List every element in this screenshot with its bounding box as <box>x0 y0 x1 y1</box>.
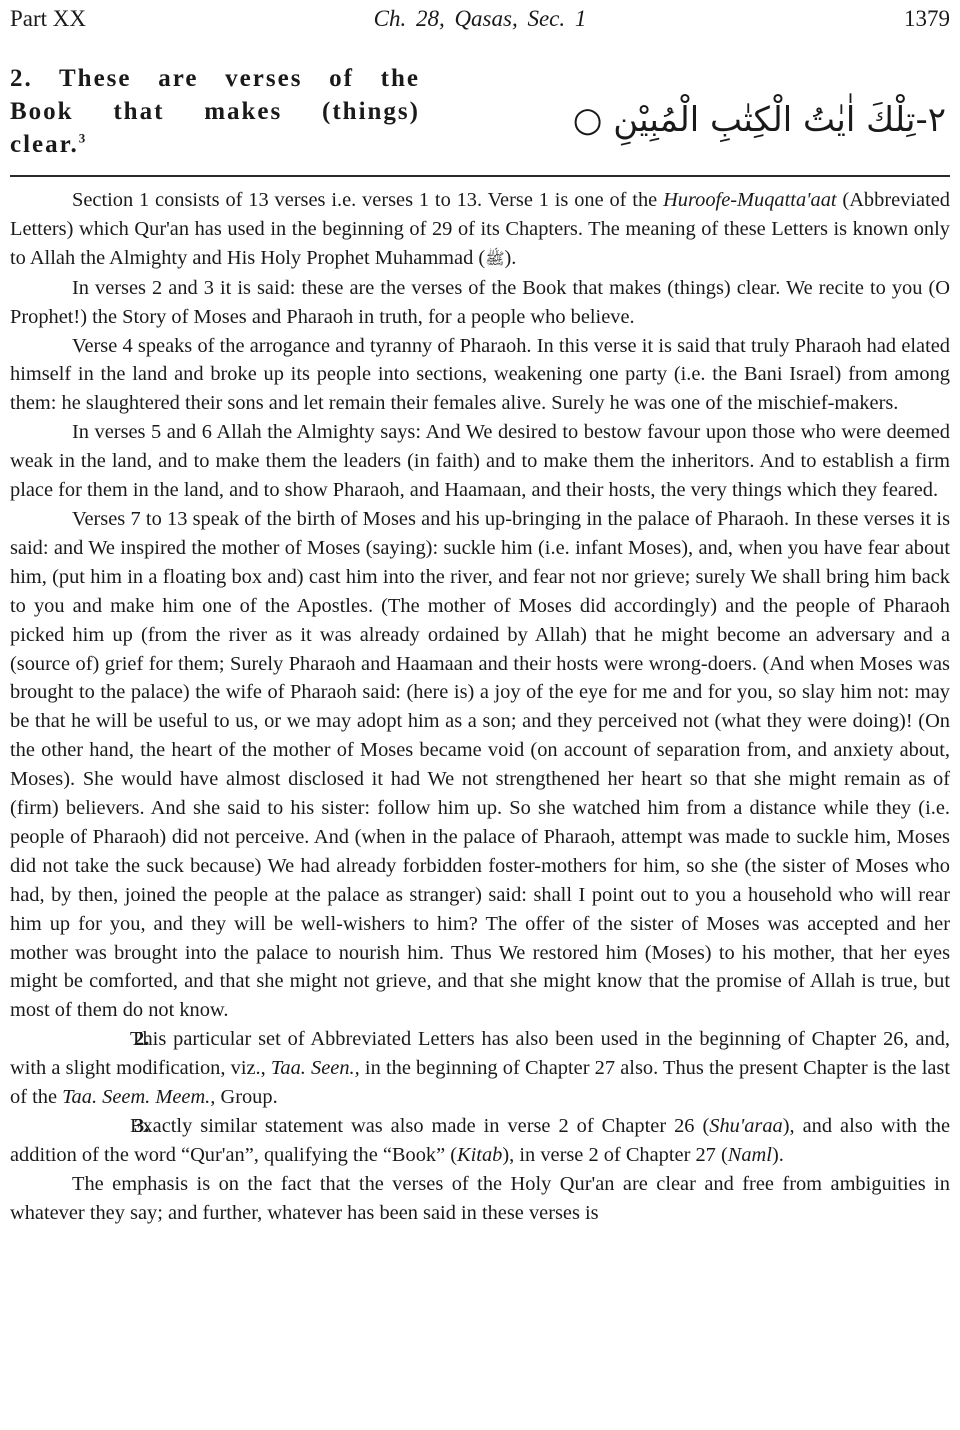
verse-line-2: Book that makes (things) <box>10 98 420 125</box>
continuation-paragraph: The emphasis is on the fact that the ver… <box>10 1170 950 1228</box>
horizontal-rule <box>10 175 950 177</box>
footnote-ref: 3 <box>79 131 86 146</box>
commentary-paragraph: In verses 5 and 6 Allah the Almighty say… <box>10 418 950 505</box>
chapter-label: Ch. 28, Qasas, Sec. 1 <box>10 2 950 36</box>
italic-term: Huroofe-Muqatta'aat <box>663 189 837 211</box>
text-span: ). <box>505 247 517 269</box>
text-span: Exactly similar statement was also made … <box>130 1115 709 1137</box>
footnote-2: 2.This particular set of Abbreviated Let… <box>10 1025 950 1112</box>
text-span: Section 1 consists of 13 verses i.e. ver… <box>72 189 663 211</box>
verse-block: 2. These are verses of the Book that mak… <box>10 62 950 170</box>
commentary-paragraph: In verses 2 and 3 it is said: these are … <box>10 274 950 332</box>
verse-arabic: ٢-تِلْكَ اٰيٰتُ الْكِتٰبِ الْمُبِيْنِ ○ <box>573 98 946 142</box>
commentary-paragraph: Verse 4 speaks of the arrogance and tyra… <box>10 332 950 419</box>
honorific-icon: ﷺ <box>485 249 504 268</box>
italic-term: Taa. Seen., <box>271 1057 360 1079</box>
commentary-paragraph: Section 1 consists of 13 verses i.e. ver… <box>10 186 950 274</box>
italic-term: Shu'araa <box>709 1115 782 1137</box>
footnote-3: 3.Exactly similar statement was also mad… <box>10 1112 950 1170</box>
page-number: 1379 <box>904 2 950 36</box>
italic-term: Kitab <box>457 1144 502 1166</box>
footnote-number: 3. <box>72 1112 130 1141</box>
text-span: Group. <box>215 1086 277 1108</box>
text-span: ). <box>772 1144 784 1166</box>
italic-term: Taa. Seem. Meem., <box>62 1086 215 1108</box>
verse-line-3: clear. <box>10 131 79 158</box>
commentary-paragraph: Verses 7 to 13 speak of the birth of Mos… <box>10 505 950 1025</box>
italic-term: Naml <box>728 1144 772 1166</box>
verse-line-1: 2. These are verses of the <box>10 65 420 92</box>
footnote-number: 2. <box>72 1025 130 1054</box>
verse-translation: 2. These are verses of the Book that mak… <box>10 62 420 161</box>
running-head: Part XX Ch. 28, Qasas, Sec. 1 1379 <box>10 2 950 36</box>
text-span: ), in verse 2 of Chapter 27 ( <box>502 1144 727 1166</box>
commentary-body: Section 1 consists of 13 verses i.e. ver… <box>10 186 950 1228</box>
